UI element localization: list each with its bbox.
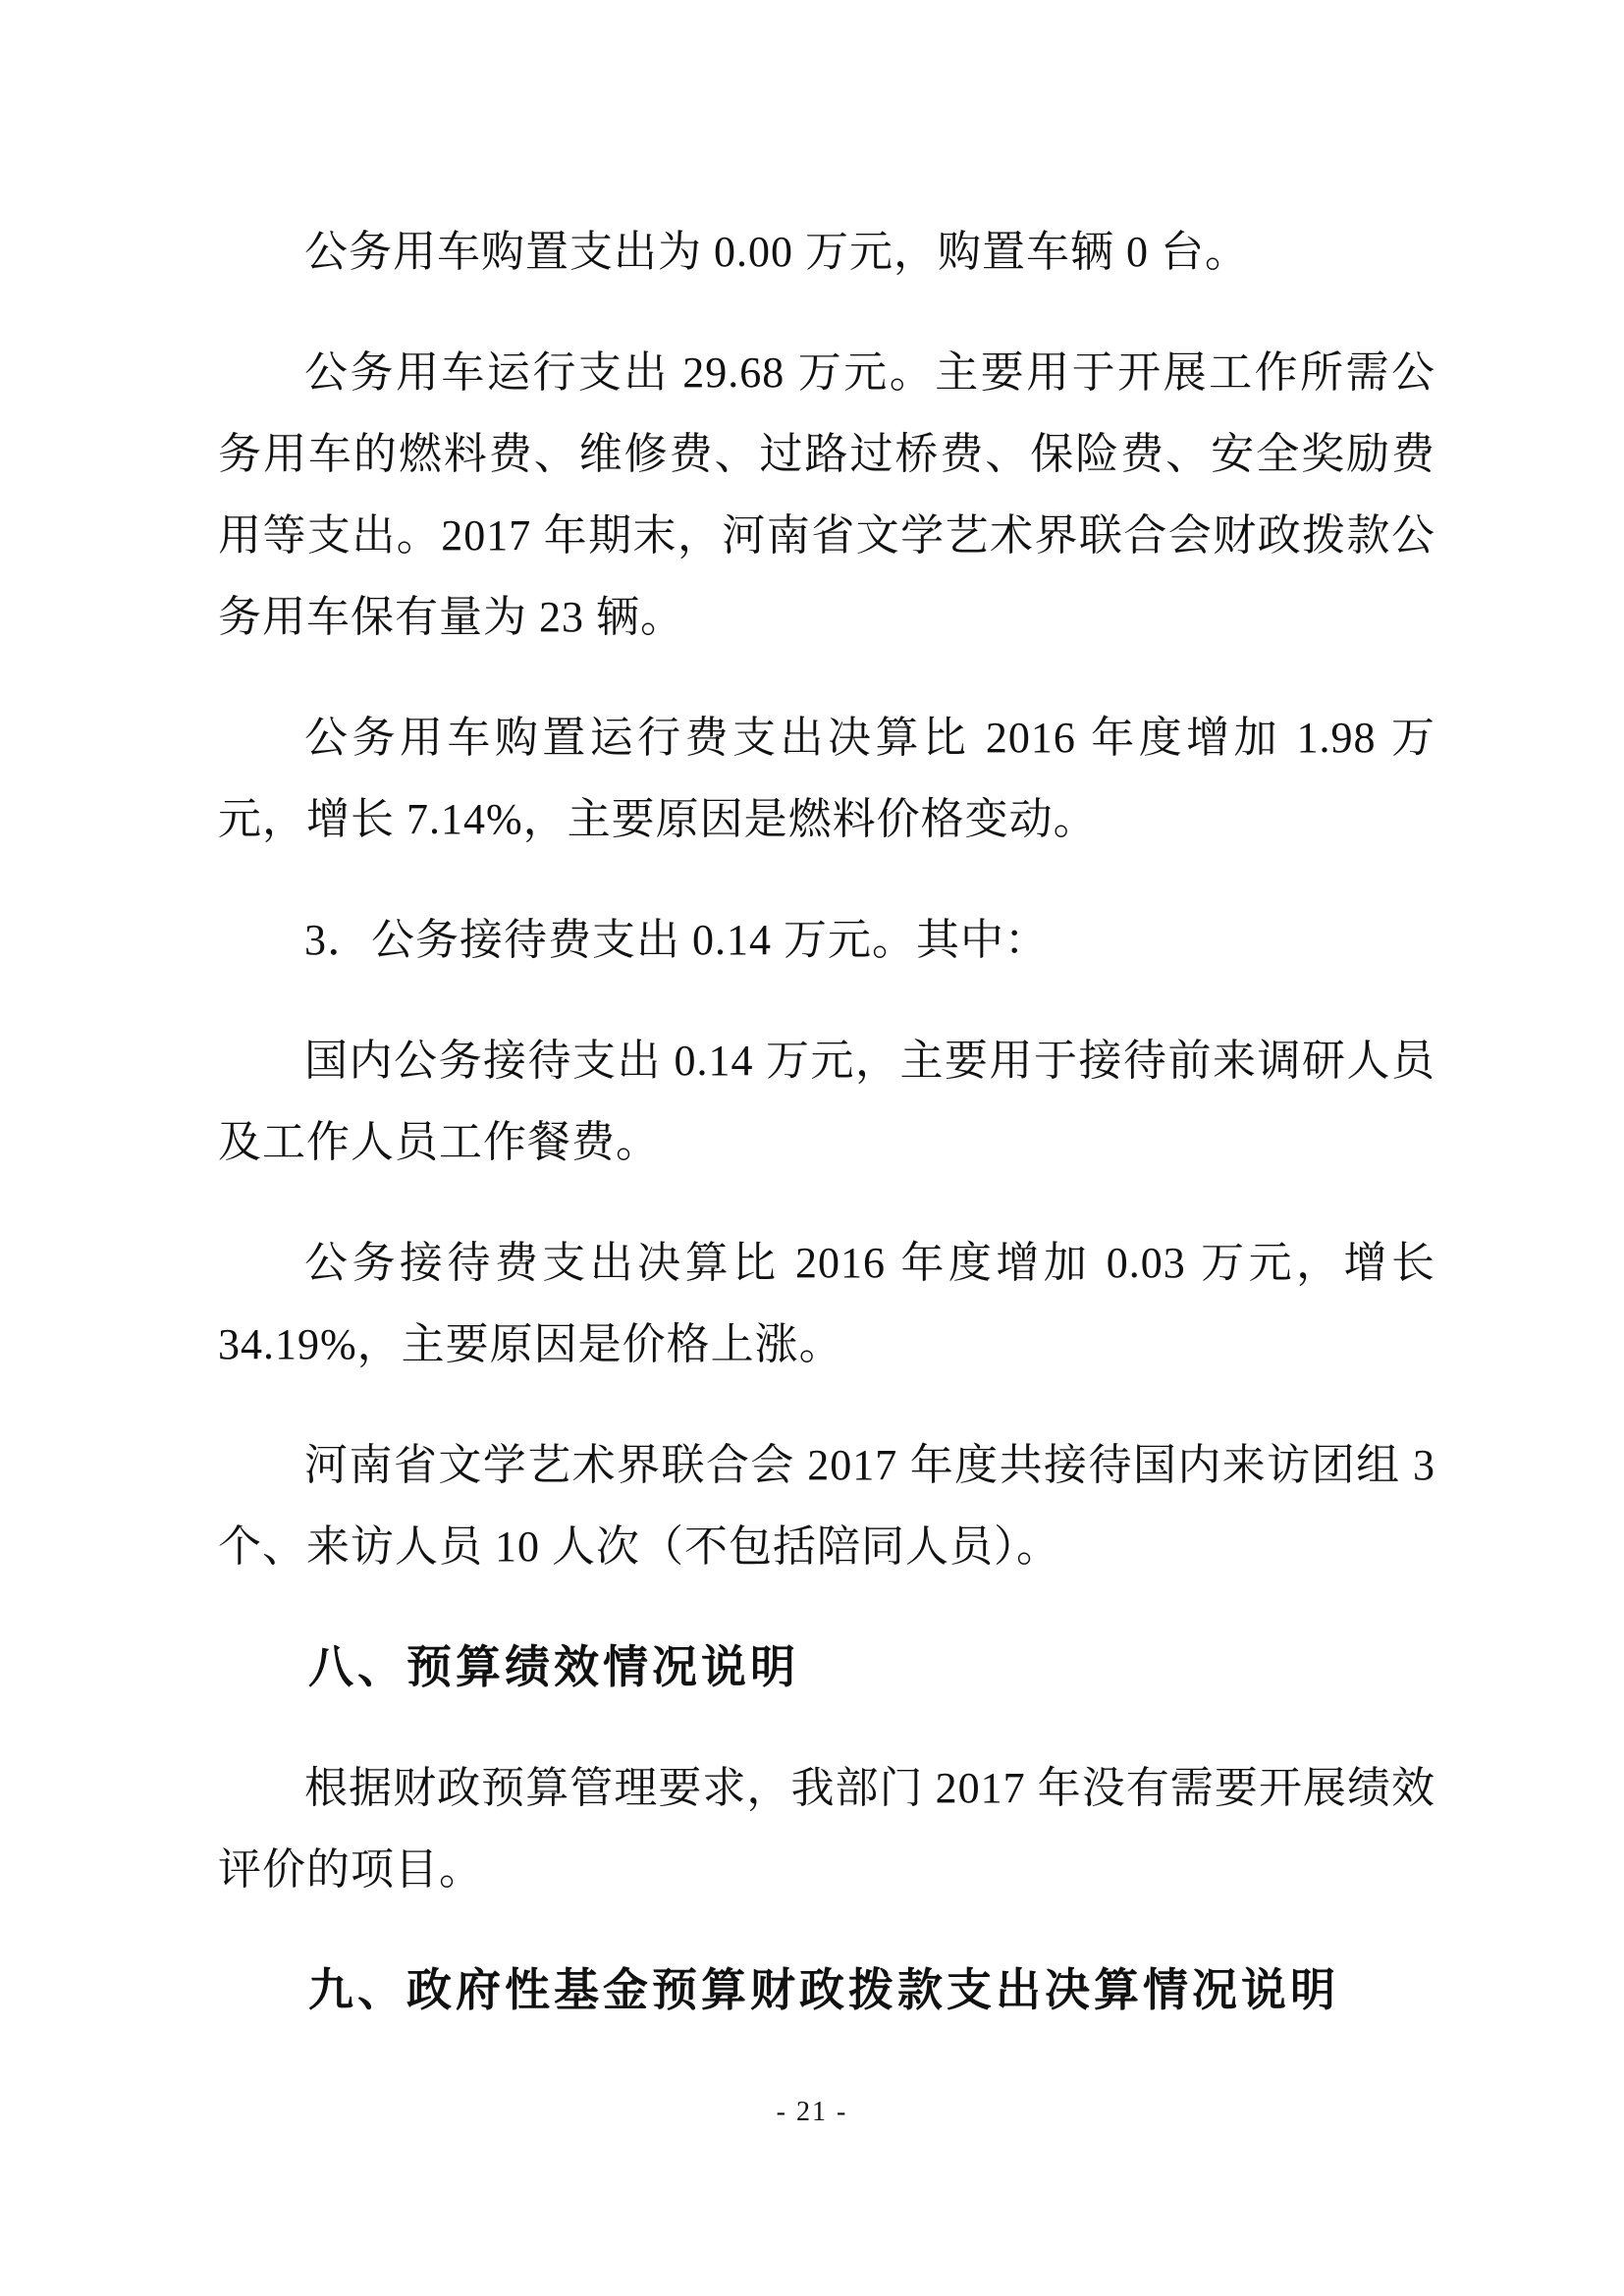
paragraph-reception-cost-change: 公务接待费支出决算比 2016 年度增加 0.03 万元，增长 34.19%，主…: [218, 1222, 1435, 1385]
paragraph-vehicle-purchase: 公务用车购置支出为 0.00 万元，购置车辆 0 台。: [218, 211, 1435, 293]
paragraph-vehicle-operation: 公务用车运行支出 29.68 万元。主要用于开展工作所需公务用车的燃料费、维修费…: [218, 332, 1435, 658]
document-page: 公务用车购置支出为 0.00 万元，购置车辆 0 台。 公务用车运行支出 29.…: [0, 0, 1624, 2296]
section-heading-8-budget-performance: 八、预算绩效情况说明: [218, 1627, 1435, 1708]
paragraph-reception-groups: 河南省文学艺术界联合会 2017 年度共接待国内来访团组 3 个、来访人员 10…: [218, 1424, 1435, 1587]
paragraph-reception-total: 3．公务接待费支出 0.14 万元。其中：: [218, 899, 1435, 981]
document-body: 公务用车购置支出为 0.00 万元，购置车辆 0 台。 公务用车运行支出 29.…: [218, 0, 1435, 2070]
paragraph-vehicle-cost-change: 公务用车购置运行费支出决算比 2016 年度增加 1.98 万元，增长 7.14…: [218, 697, 1435, 860]
page-number: - 21 -: [0, 2093, 1624, 2132]
paragraph-domestic-reception: 国内公务接待支出 0.14 万元，主要用于接待前来调研人员及工作人员工作餐费。: [218, 1020, 1435, 1183]
section-heading-9-government-fund: 九、政府性基金预算财政拨款支出决算情况说明: [218, 1949, 1435, 2031]
paragraph-performance-evaluation: 根据财政预算管理要求，我部门 2017 年没有需要开展绩效评价的项目。: [218, 1747, 1435, 1910]
